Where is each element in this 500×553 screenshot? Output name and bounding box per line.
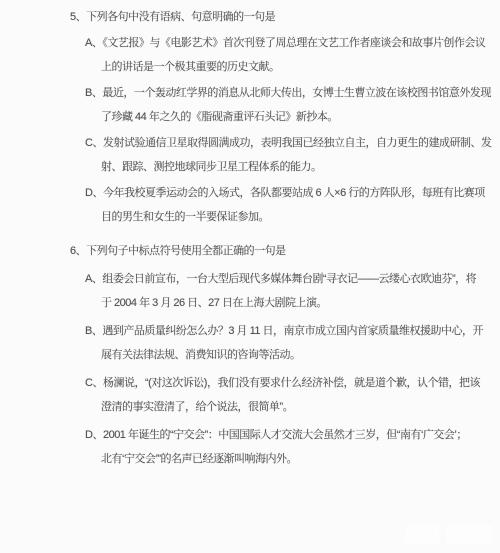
q6-option-d-text: 2001 年诞生的“宁交会”：中国国际人才交流大会虽然才三岁，但“南有‘广交会’… — [103, 429, 467, 441]
q5-option-b: B、最近，一个轰动红学界的消息从北师大传出，女博士生曹立波在该校图书馆意外发现 … — [0, 81, 500, 129]
question-5-number: 5、 — [70, 11, 86, 23]
q6-option-a-line2: 于 2004 年 3 月 26 日、27 日在上海大剧院上演。 — [101, 291, 500, 315]
q5-option-a: A、《文艺报》与《电影艺术》首次刊登了周总理在文艺工作者座谈会和故事片创作会议 … — [0, 31, 500, 79]
watermark-mark-left — [405, 525, 439, 543]
exam-document-page: 5、下列各句中没有语病、句意明确的一句是 A、《文艺报》与《电影艺术》首次刊登了… — [0, 0, 500, 553]
q5-option-a-line2: 上的讲话是一个极其重要的历史文献。 — [101, 55, 500, 79]
q6-option-a-line1: A、组委会日前宣布，一台大型后现代多媒体舞台剧“寻衣记——云缕心衣欧迪芬”，将 — [85, 267, 500, 291]
question-5-text: 下列各句中没有语病、句意明确的一句是 — [86, 11, 275, 23]
q5-option-c-line1: C、发射试验通信卫星取得圆满成功，表明我国已经独立自主，自力更生的建成研制、发 — [85, 131, 500, 155]
q6-option-d-line2: 北有‘宁交会’”的名声已经逐渐叫响海内外。 — [101, 447, 500, 471]
q5-option-a-label: A、 — [85, 37, 102, 49]
q6-option-b-text: 遇到产品质量纠纷怎么办？3 月 11 日，南京市成立国内首家质量维权援助中心，开 — [102, 325, 483, 337]
q5-option-a-text: 《文艺报》与《电影艺术》首次刊登了周总理在文艺工作者座谈会和故事片创作会议 — [102, 37, 485, 49]
q6-option-b-line2: 展有关法律法规、消费知识的咨询等活动。 — [101, 343, 500, 367]
q6-option-a-label: A、 — [85, 273, 102, 285]
q6-option-d-label: D、 — [85, 429, 103, 441]
q5-option-d-label: D、 — [85, 187, 103, 199]
question-6-stem: 6、下列句子中标点符号使用全都正确的一句是 — [70, 239, 500, 263]
q6-option-c-line2: 澄清的事实澄清了，给个说法，很简单”。 — [101, 395, 500, 419]
q6-option-c: C、杨澜说，“(对这次诉讼)，我们没有要求什么经济补偿，就是道个歉，认个错，把该… — [0, 371, 500, 419]
q6-option-c-text: 杨澜说，“(对这次诉讼)，我们没有要求什么经济补偿，就是道个歉，认个错，把该 — [103, 377, 480, 389]
q6-option-c-line1: C、杨澜说，“(对这次诉讼)，我们没有要求什么经济补偿，就是道个歉，认个错，把该 — [85, 371, 500, 395]
q6-option-d: D、2001 年诞生的“宁交会”：中国国际人才交流大会虽然才三岁，但“南有‘广交… — [0, 423, 500, 471]
q6-option-b-line1: B、遇到产品质量纠纷怎么办？3 月 11 日，南京市成立国内首家质量维权援助中心… — [85, 319, 500, 343]
q5-option-d-line2: 目的男生和女生的一半要保证参加。 — [101, 205, 500, 229]
q6-option-b-label: B、 — [85, 325, 102, 337]
q6-option-a-text: 组委会日前宣布，一台大型后现代多媒体舞台剧“寻衣记——云缕心衣欧迪芬”，将 — [102, 273, 476, 285]
faint-watermark — [405, 525, 492, 543]
q5-option-b-label: B、 — [85, 87, 102, 99]
q5-option-c-text: 发射试验通信卫星取得圆满成功，表明我国已经独立自主，自力更生的建成研制、发 — [103, 137, 492, 149]
q5-option-c: C、发射试验通信卫星取得圆满成功，表明我国已经独立自主，自力更生的建成研制、发 … — [0, 131, 500, 179]
q5-option-d: D、今年我校夏季运动会的入场式，各队都要站成 6 人×6 行的方阵队形，每班有比… — [0, 181, 500, 229]
question-6-number: 6、 — [70, 245, 86, 257]
watermark-mark-right — [446, 525, 492, 543]
q5-option-b-line2: 了珍藏 44 年之久的《脂砚斋重评石头记》新抄本。 — [101, 105, 500, 129]
q5-option-c-line2: 射、跟踪、测控地球同步卫星工程体系的能力。 — [101, 155, 500, 179]
q5-option-b-line1: B、最近，一个轰动红学界的消息从北师大传出，女博士生曹立波在该校图书馆意外发现 — [85, 81, 500, 105]
question-5-stem: 5、下列各句中没有语病、句意明确的一句是 — [70, 5, 500, 29]
q5-option-a-line1: A、《文艺报》与《电影艺术》首次刊登了周总理在文艺工作者座谈会和故事片创作会议 — [85, 31, 500, 55]
question-6: 6、下列句子中标点符号使用全都正确的一句是 A、组委会日前宣布，一台大型后现代多… — [0, 239, 500, 471]
q6-option-a: A、组委会日前宣布，一台大型后现代多媒体舞台剧“寻衣记——云缕心衣欧迪芬”，将 … — [0, 267, 500, 315]
q6-option-c-label: C、 — [85, 377, 103, 389]
q6-option-b: B、遇到产品质量纠纷怎么办？3 月 11 日，南京市成立国内首家质量维权援助中心… — [0, 319, 500, 367]
q5-option-c-label: C、 — [85, 137, 103, 149]
q5-option-d-text: 今年我校夏季运动会的入场式，各队都要站成 6 人×6 行的方阵队形，每班有比赛项 — [103, 187, 485, 199]
q6-option-d-line1: D、2001 年诞生的“宁交会”：中国国际人才交流大会虽然才三岁，但“南有‘广交… — [85, 423, 500, 447]
q5-option-d-line1: D、今年我校夏季运动会的入场式，各队都要站成 6 人×6 行的方阵队形，每班有比… — [85, 181, 500, 205]
question-5: 5、下列各句中没有语病、句意明确的一句是 A、《文艺报》与《电影艺术》首次刊登了… — [0, 5, 500, 229]
q5-option-b-text: 最近，一个轰动红学界的消息从北师大传出，女博士生曹立波在该校图书馆意外发现 — [102, 87, 491, 99]
question-6-text: 下列句子中标点符号使用全都正确的一句是 — [86, 245, 286, 257]
